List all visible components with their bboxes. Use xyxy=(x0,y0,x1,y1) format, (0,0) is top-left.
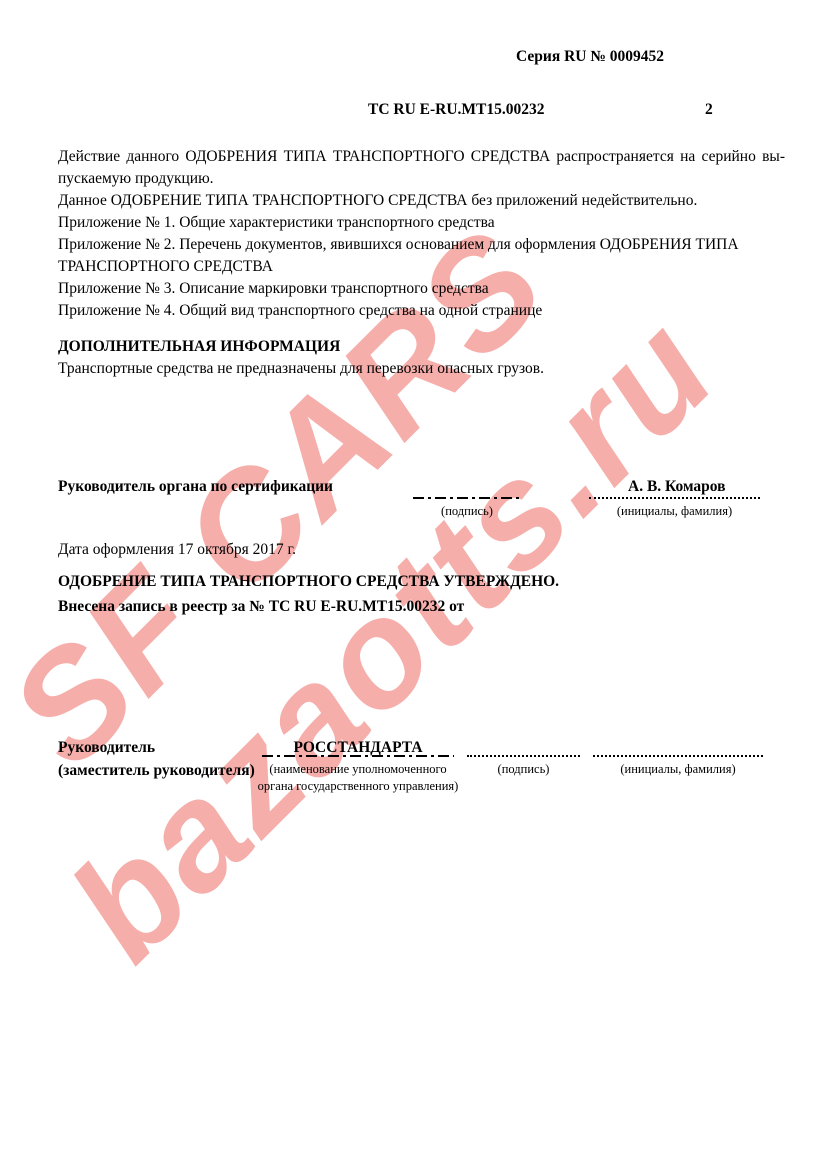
body-line: Приложение № 2. Перечень документов, яви… xyxy=(58,234,785,256)
authority-name-line xyxy=(262,755,454,757)
body-line: Приложение № 4. Общий вид транспортного … xyxy=(58,300,785,322)
authority-label-line2: (заместитель руководителя) xyxy=(58,760,255,782)
authority-name-caption-line1: (наименование уполномоченного xyxy=(250,762,466,777)
body-line: Приложение № 3. Описание маркировки тран… xyxy=(58,278,785,300)
name-caption: (инициалы, фамилия) xyxy=(589,504,760,519)
page-number: 2 xyxy=(705,99,713,121)
registry-entry-line: Внесена запись в реестр за № ТС RU E-RU.… xyxy=(58,596,464,618)
body-line: пускаемую продукцию. xyxy=(58,168,785,190)
document-content: Серия RU № 0009452 ТС RU E-RU.MT15.00232… xyxy=(0,0,827,1170)
authority-name-caption-line2: органа государственного управления) xyxy=(250,779,466,794)
authority-signature-caption: (подпись) xyxy=(467,762,580,777)
body-line: ТРАНСПОРТНОГО СРЕДСТВА xyxy=(58,256,785,278)
authority-label-line1: Руководитель xyxy=(58,737,155,759)
body-line: Данное ОДОБРЕНИЕ ТИПА ТРАНСПОРТНОГО СРЕД… xyxy=(58,190,785,212)
name-line xyxy=(589,497,760,499)
document-page: SF CARS bazaotts.ru Серия RU № 0009452 Т… xyxy=(0,0,827,1170)
certification-head-name: А. В. Комаров xyxy=(628,476,726,498)
authority-signature-line xyxy=(467,755,580,757)
certification-head-label: Руководитель органа по сертификации xyxy=(58,476,333,498)
authority-initials-caption: (инициалы, фамилия) xyxy=(593,762,763,777)
additional-info-heading: ДОПОЛНИТЕЛЬНАЯ ИНФОРМАЦИЯ xyxy=(58,336,340,358)
approval-number: ТС RU E-RU.MT15.00232 xyxy=(368,99,545,121)
approved-line: ОДОБРЕНИЕ ТИПА ТРАНСПОРТНОГО СРЕДСТВА УТ… xyxy=(58,571,559,593)
additional-info-text: Транспортные средства не предназначены д… xyxy=(58,358,544,380)
body-line: Приложение № 1. Общие характеристики тра… xyxy=(58,212,785,234)
body-text: Действие данного ОДОБРЕНИЯ ТИПА ТРАНСПОР… xyxy=(58,146,785,322)
series-number: Серия RU № 0009452 xyxy=(516,46,664,68)
signature-caption: (подпись) xyxy=(403,504,531,519)
issue-date-line: Дата оформления 17 октября 2017 г. xyxy=(58,539,296,561)
body-line: Действие данного ОДОБРЕНИЯ ТИПА ТРАНСПОР… xyxy=(58,146,785,168)
authority-initials-line xyxy=(593,755,763,757)
signature-line xyxy=(413,497,521,499)
